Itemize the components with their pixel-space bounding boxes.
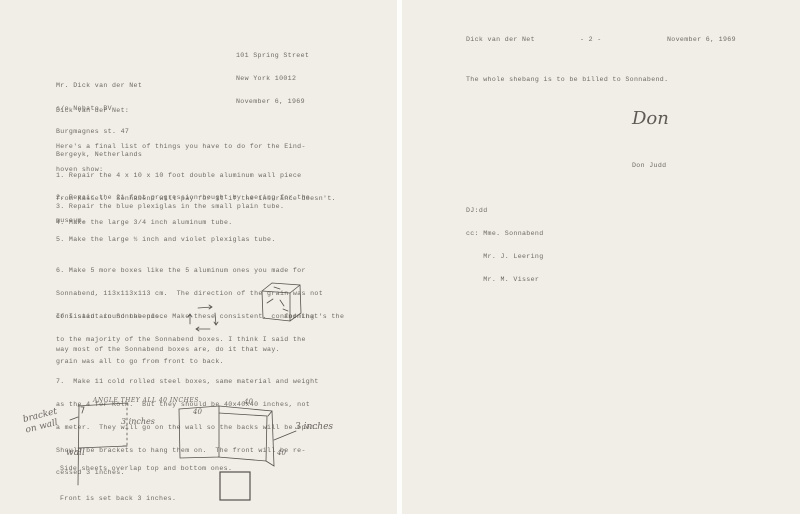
letter-page-1: 101 Spring Street New York 10012 Novembe…	[0, 0, 397, 514]
page2-body: The whole shebang is to be billed to Son…	[466, 76, 668, 84]
cc-recipient: Mr. J. Leering	[483, 253, 543, 260]
front-square-sketch	[220, 472, 250, 500]
signature: Don	[632, 108, 669, 129]
signer-name: Don Judd	[632, 162, 666, 170]
box-grain-sketch	[262, 283, 301, 321]
around-arrows-sketch	[188, 305, 218, 331]
hand-sketches	[0, 0, 397, 514]
page2-header-date: November 6, 1969	[667, 36, 736, 44]
typist-initials: DJ:dd	[466, 207, 544, 215]
cc-recipient: Mr. M. Visser	[483, 276, 539, 283]
page2-header-page-number: - 2 -	[580, 36, 602, 44]
letter-page-2: Dick van der Net - 2 - November 6, 1969 …	[402, 0, 800, 514]
page2-header-name: Dick van der Net	[466, 36, 535, 44]
cc-label: cc:	[466, 230, 479, 237]
bracket-side-sketch	[70, 403, 127, 485]
cc-recipient: Mme. Sonnabend	[483, 230, 543, 237]
large-box-sketch	[179, 406, 296, 466]
initials-and-cc: DJ:dd cc: Mme. Sonnabend Mr. J. Leering …	[466, 192, 544, 298]
